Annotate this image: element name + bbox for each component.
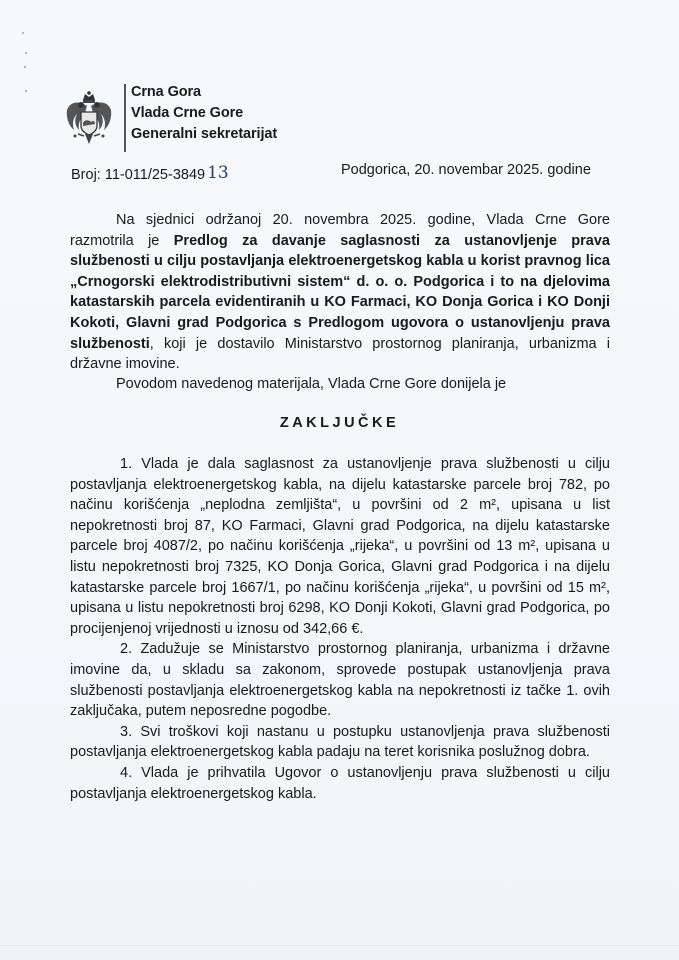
conclusions-heading: ZAKLJUČKE: [0, 415, 679, 431]
conclusion-item-3: 3. Svi troškovi koji nastanu u postupku …: [70, 722, 610, 763]
decision-lead-in: Povodom navedenog materijala, Vlada Crne…: [116, 376, 506, 392]
conclusion-item-4: 4. Vlada je prihvatila Ugovor o ustanovl…: [70, 763, 610, 804]
reference-number: Broj: 11-011/25-384913: [71, 164, 229, 184]
government-name: Vlada Crne Gore: [131, 103, 277, 124]
department-name: Generalni sekretarijat: [131, 124, 277, 145]
intro-text-end: , koji je dostavilo Ministarstvo prostor…: [70, 336, 610, 373]
reference-number-text: Broj: 11-011/25-3849: [71, 167, 205, 183]
conclusion-item-2: 2. Zadužuje se Ministarstvo prostornog p…: [70, 639, 610, 721]
letterhead-divider: [124, 84, 126, 152]
conclusion-item-1: 1. Vlada je dala saglasnost za ustanovlj…: [70, 454, 610, 639]
scan-page-edge: [0, 945, 679, 960]
montenegro-coat-of-arms-icon: [64, 90, 114, 148]
scan-margin-marks: [20, 28, 30, 98]
place-and-date: Podgorica, 20. novembar 2025. godine: [341, 162, 591, 178]
handwritten-mark: 13: [207, 163, 229, 183]
country-name: Crna Gora: [131, 82, 277, 103]
conclusions-list: 1. Vlada je dala saglasnost za ustanovlj…: [70, 454, 610, 804]
intro-proposal-title: Predlog za davanje saglasnosti za ustano…: [70, 233, 610, 352]
document-page: Crna Gora Vlada Crne Gore Generalni sekr…: [0, 0, 679, 960]
intro-paragraph: Na sjednici održanoj 20. novembra 2025. …: [70, 210, 610, 375]
